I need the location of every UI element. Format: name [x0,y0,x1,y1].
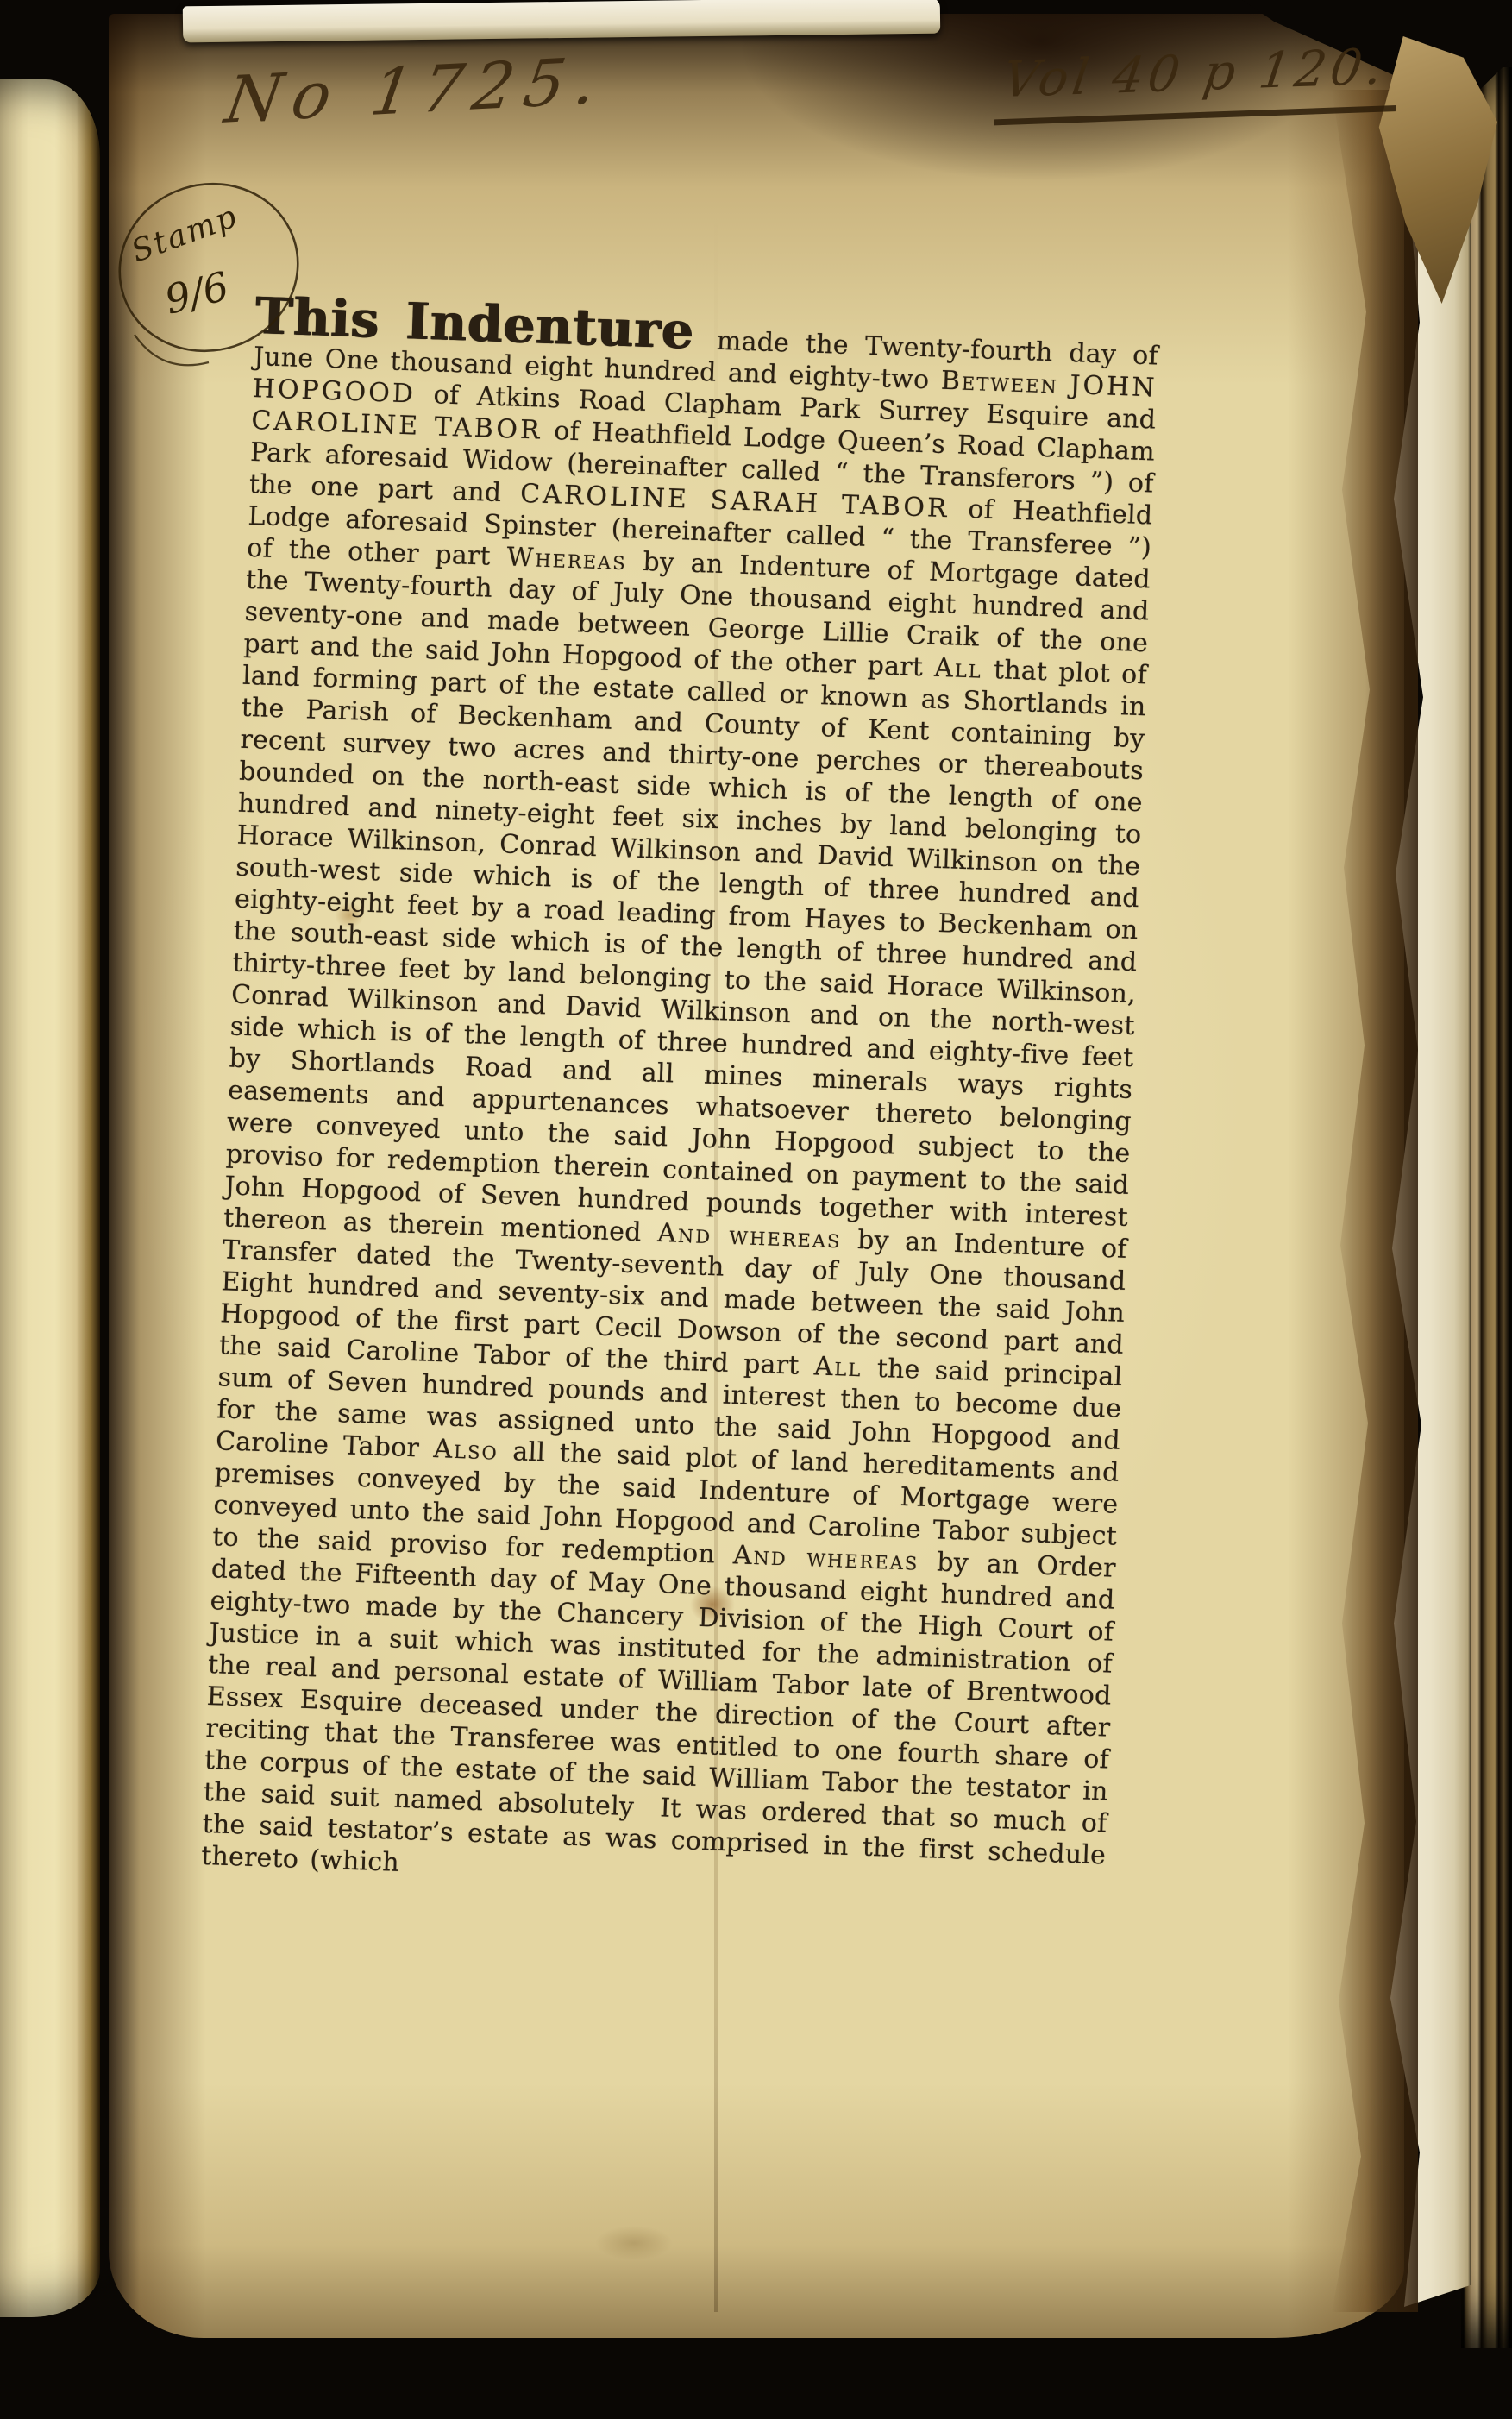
stamp-oval-drawing: Stamp 9/6 [79,166,321,381]
deed-text-segment [1057,370,1070,400]
deed-text-segment: And whereas [657,1218,842,1254]
stamp-mark: Stamp 9/6 [79,166,321,381]
deed-text-segment: Between [940,366,1058,400]
deed-text-segment: All [934,653,983,685]
handwritten-volume-reference: Vol 40 p 120. [994,38,1406,126]
facing-page-edge [0,79,100,2317]
deed-text-segment: that plot of land forming part of the es… [223,655,1148,1248]
stamp-value-text: 9/6 [160,262,234,323]
paper-stain [595,2226,673,2260]
document-photo: No 1725. Vol 40 p 120. Stamp 9/6 This In… [0,0,1512,2419]
deed-text-segment: And whereas [732,1540,919,1577]
deed-text-segment: Also [433,1434,499,1467]
deed-text-segment: Whereas [506,542,627,576]
deed-body-text: This Indenture made the Twenty-fourth da… [201,309,1159,1903]
stamp-word-text: Stamp [127,198,242,269]
deed-text-segment: by an Order dated the Fifteenth day of M… [201,1547,1116,1878]
deed-text-segment: All [813,1351,863,1383]
